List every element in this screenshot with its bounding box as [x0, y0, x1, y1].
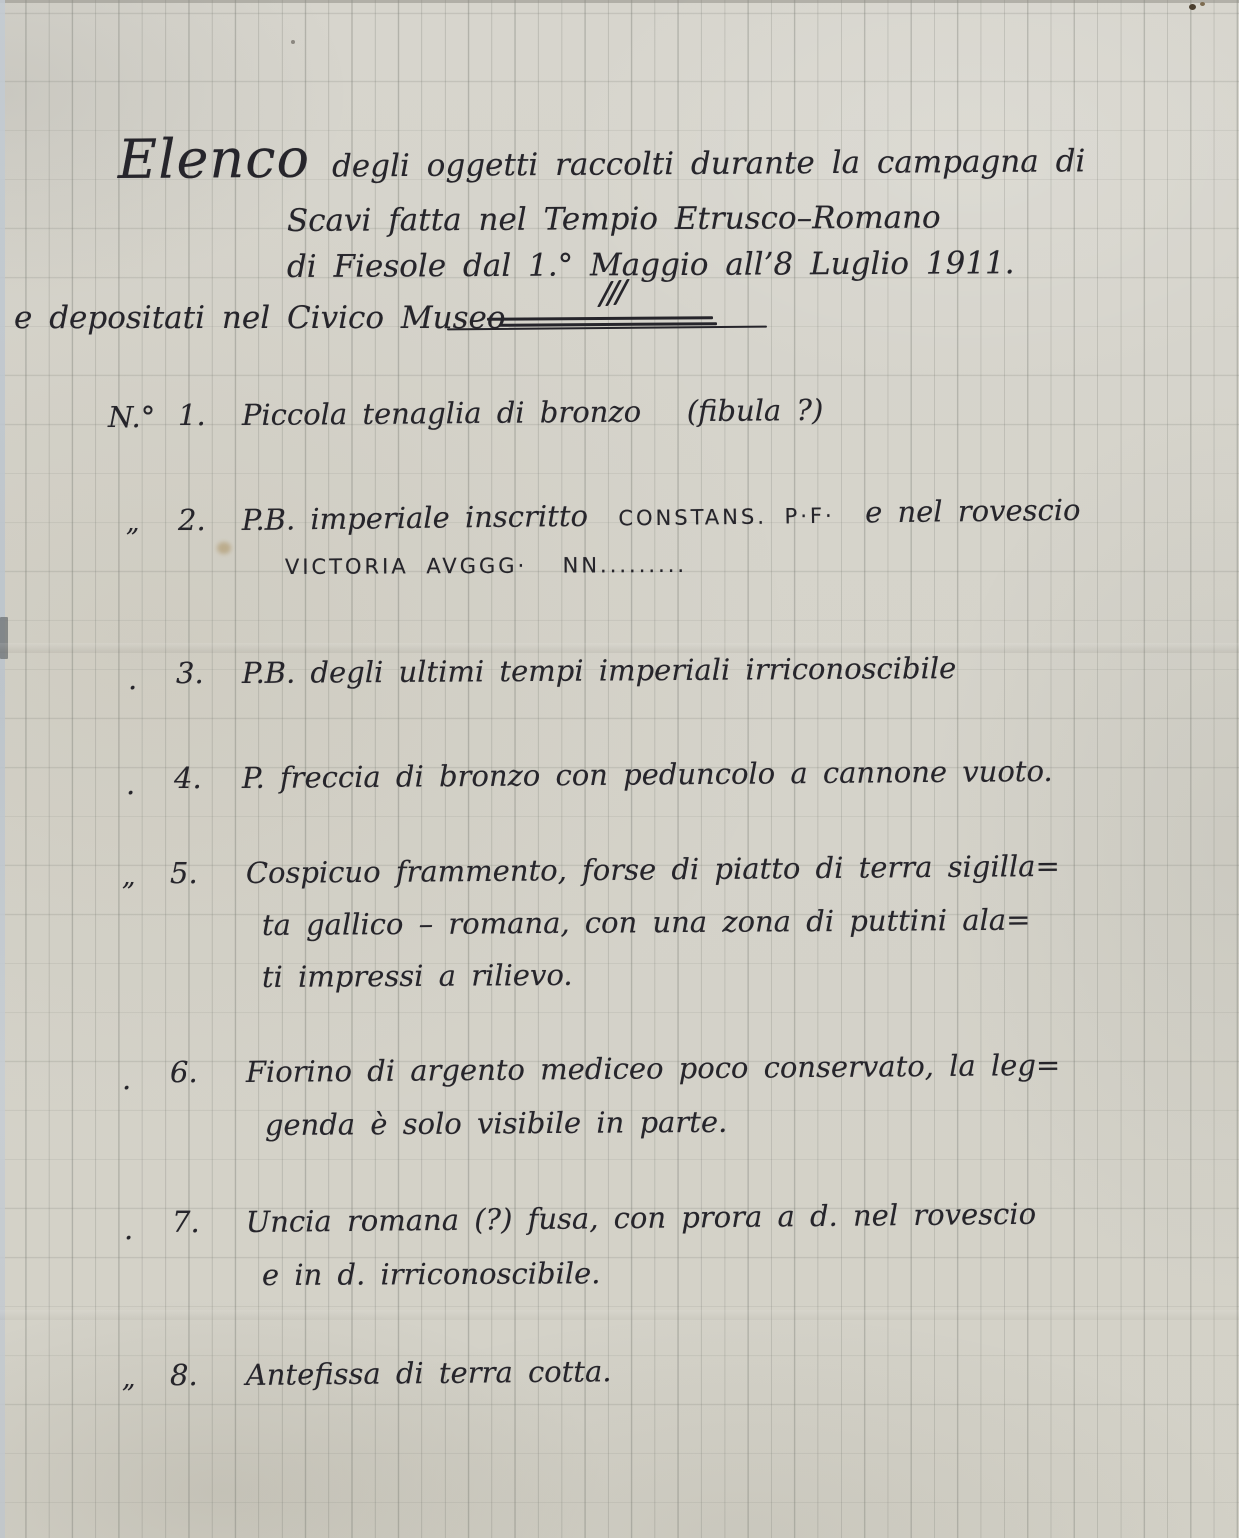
ink-speck [1200, 2, 1205, 6]
item-number: 7. [172, 1205, 200, 1239]
item-text: Piccola tenaglia di bronzo (fibula ?) [242, 393, 824, 432]
item-number: 1. [178, 398, 206, 432]
item-text-line-2: genda è solo visibile in parte. [265, 1105, 728, 1142]
item-marker: „ [122, 862, 135, 892]
item-text-line-3: ti impressi a rilievo. [262, 958, 573, 994]
item-text-line-2: e in d. irriconoscibile. [262, 1256, 601, 1292]
paper-top-edge [0, 0, 1239, 3]
subtitle-underline-thick-top [487, 316, 713, 321]
title-line-3: di Fiesole dal 1.° Maggio all’8 Luglio 1… [287, 245, 1015, 285]
item-marker: . [128, 662, 137, 696]
ink-speck [1189, 4, 1196, 10]
item-number: 5. [170, 856, 198, 890]
document-page: Elencodegli oggetti raccolti durante la … [0, 0, 1239, 1538]
item-number: 6. [170, 1055, 198, 1089]
title-line-1: Elencodegli oggetti raccolti durante la … [118, 121, 1086, 191]
item-marker: . [122, 1062, 131, 1096]
ink-speck [291, 40, 295, 44]
coin-obverse-legend: CONSTANS. P·F· [618, 504, 835, 531]
item-marker: . [126, 767, 135, 801]
item-text-line-1: P.B. imperiale inscritto CONSTANS. P·F· … [242, 493, 1081, 537]
item-text-line-1: Uncia romana (?) fusa, con prora a d. ne… [246, 1197, 1037, 1239]
item-marker: N.° [108, 400, 155, 434]
item-text-line-1: Cospicuo frammento, forse di piatto di t… [246, 849, 1060, 890]
item-text-line-2: ta gallico – romana, con una zona di put… [262, 903, 1031, 942]
item-marker: . [124, 1212, 133, 1246]
item-number: 8. [170, 1358, 198, 1392]
coin-reverse-legend: VICTORIA AVGGG· NN......... [285, 553, 687, 579]
title-line-2: Scavi fatta nel Tempio Etrusco–Romano [287, 200, 941, 239]
item-text-cursive: e nel rovescio [834, 493, 1080, 530]
item-text: P. freccia di bronzo con peduncolo a can… [242, 754, 1053, 795]
item-text: Antefissa di terra cotta. [246, 1354, 612, 1392]
item-number: 3. [176, 656, 204, 690]
subtitle: e depositati nel Civico Museo [14, 300, 506, 336]
item-marker: „ [126, 508, 139, 538]
paper-left-edge [0, 0, 5, 1538]
item-marker: „ [122, 1364, 135, 1394]
fold-crease [0, 643, 1239, 653]
paper-stain [217, 542, 231, 554]
item-number: 2. [178, 503, 206, 537]
title-lead-word: Elenco [118, 127, 311, 191]
left-edge-smudge [0, 617, 8, 659]
item-text: P.B. degli ultimi tempi imperiali irrico… [242, 651, 957, 690]
item-text-line-1: Fiorino di argento mediceo poco conserva… [246, 1048, 1061, 1089]
fold-crease [0, 1310, 1239, 1320]
item-text-cursive: P.B. imperiale inscritto [242, 498, 619, 537]
title-line-1-rest: degli oggetti raccolti durante la campag… [332, 143, 1086, 184]
item-number: 4. [174, 761, 202, 795]
